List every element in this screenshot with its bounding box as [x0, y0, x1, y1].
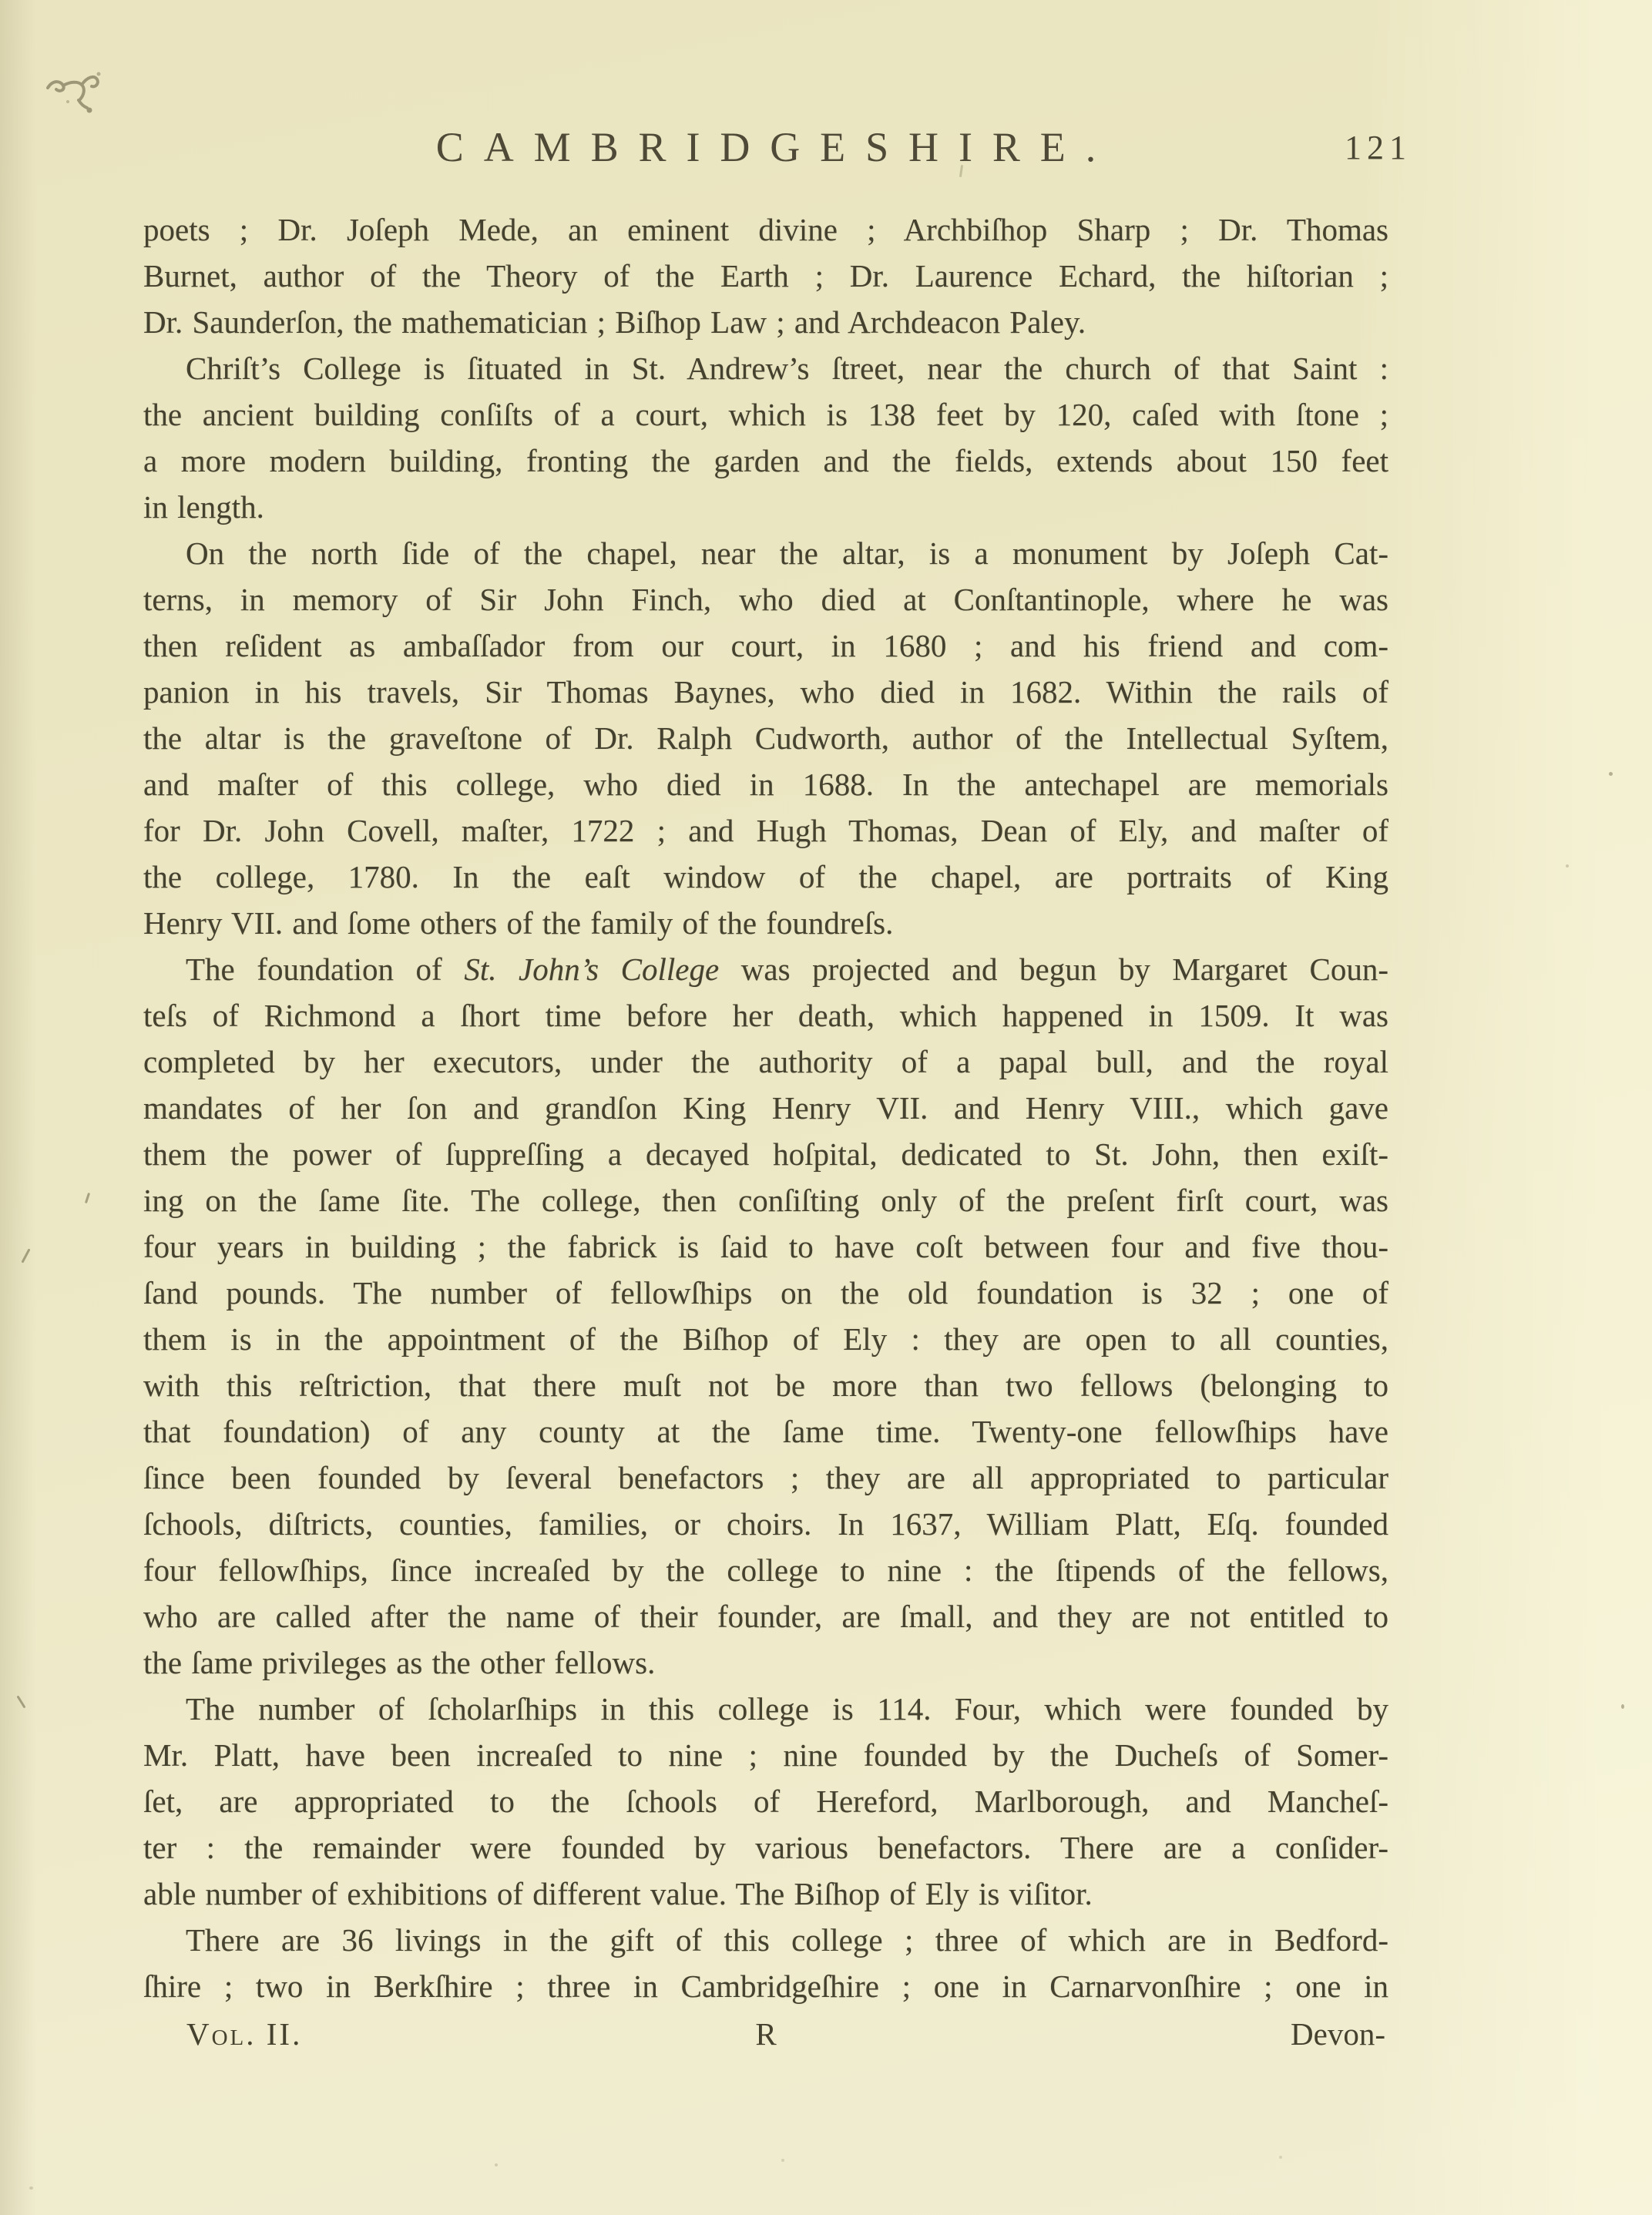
text-segment: The foundation of [186, 951, 464, 987]
margin-mark [21, 1248, 30, 1263]
text-line: mandates of her ſon and grandſon King He… [143, 1085, 1388, 1131]
paper-speck [781, 2159, 784, 2162]
page-text: poets ; Dr. Joſeph Mede, an eminent divi… [143, 206, 1388, 2009]
text-line: then reſident as ambaſſador from our cou… [143, 623, 1388, 669]
text-segment: was projected and begun by Margaret Coun… [719, 951, 1388, 987]
text-line: them is in the appointment of the Biſhop… [143, 1316, 1388, 1362]
text-line: that foundation) of any county at the ſa… [143, 1408, 1388, 1455]
text-line: ter : the remainder were founded by vari… [143, 1824, 1388, 1871]
text-line: ſchools, diſtricts, counties, families, … [143, 1501, 1388, 1547]
margin-mark [85, 1193, 90, 1203]
text-line: Henry VII. and ſome others of the family… [143, 900, 1388, 946]
italic-text: St. John’s College [464, 951, 719, 987]
paper-speck [495, 2163, 498, 2166]
text-line: poets ; Dr. Joſeph Mede, an eminent divi… [143, 206, 1388, 253]
text-line: completed by her executors, under the au… [143, 1039, 1388, 1085]
text-line: terns, in memory of Sir John Finch, who … [143, 576, 1388, 623]
text-line: Chriſt’s College is ſituated in St. Andr… [143, 345, 1388, 391]
text-line: a more modern building, fronting the gar… [143, 438, 1388, 484]
text-line: in length. [143, 484, 1388, 530]
text-line: The foundation of St. John’s College was… [143, 946, 1388, 992]
text-line: The number of ſcholarſhips in this colle… [143, 1686, 1388, 1732]
text-line: ſand pounds. The number of fellowſhips o… [143, 1270, 1388, 1316]
paper-speck [1566, 864, 1569, 868]
text-line: the ancient building conſiſts of a court… [143, 391, 1388, 438]
paper-speck [1279, 2156, 1282, 2159]
paper-speck [1621, 1704, 1624, 1709]
text-line: ſhire ; two in Berkſhire ; three in Camb… [143, 1963, 1388, 2009]
running-head: CAMBRIDGESHIRE. 121 [143, 120, 1388, 182]
text-line: four years in building ; the fabrick is … [143, 1223, 1388, 1270]
text-line: Dr. Saunderſon, the mathematician ; Biſh… [143, 299, 1388, 345]
text-line: There are 36 livings in the gift of this… [143, 1917, 1388, 1963]
text-line: and maſter of this college, who died in … [143, 761, 1388, 807]
text-line: who are called after the name of their f… [143, 1593, 1388, 1639]
text-line: On the north ſide of the chapel, near th… [143, 530, 1388, 576]
text-line: Mr. Platt, have been increaſed to nine ;… [143, 1732, 1388, 1778]
signature-mark: R [143, 2011, 1388, 2057]
text-line: ſince been founded by ſeveral benefactor… [143, 1455, 1388, 1501]
foot-line: Vol. II. R Devon- [143, 2011, 1388, 2057]
text-line: ing on the ſame ſite. The college, then … [143, 1177, 1388, 1223]
text-line: with this reſtriction, that there muſt n… [143, 1362, 1388, 1408]
margin-mark [16, 1696, 25, 1709]
text-line: panion in his travels, Sir Thomas Baynes… [143, 669, 1388, 715]
text-line: the ſame privileges as the other fellows… [143, 1639, 1388, 1686]
paper-speck [29, 2186, 33, 2190]
text-line: the altar is the graveſtone of Dr. Ralph… [143, 715, 1388, 761]
ink-smudge [45, 68, 119, 119]
text-line: four fellowſhips, ſince increaſed by the… [143, 1547, 1388, 1593]
page-number: 121 [1345, 128, 1412, 167]
text-line: Burnet, author of the Theory of the Eart… [143, 253, 1388, 299]
catchword: Devon- [1291, 2011, 1385, 2057]
text-line: ſet, are appropriated to the ſchools of … [143, 1778, 1388, 1824]
text-line: teſs of Richmond a ſhort time before her… [143, 992, 1388, 1039]
text-line: for Dr. John Covell, maſter, 1722 ; and … [143, 807, 1388, 854]
running-title: CAMBRIDGESHIRE. [143, 120, 1388, 174]
text-line: the college, 1780. In the eaſt window of… [143, 854, 1388, 900]
book-page: CAMBRIDGESHIRE. 121 poets ; Dr. Joſeph M… [0, 0, 1652, 2215]
text-line: able number of exhibitions of different … [143, 1871, 1388, 1917]
paper-speck [1609, 772, 1613, 776]
text-line: them the power of ſuppreſſing a decayed … [143, 1131, 1388, 1177]
